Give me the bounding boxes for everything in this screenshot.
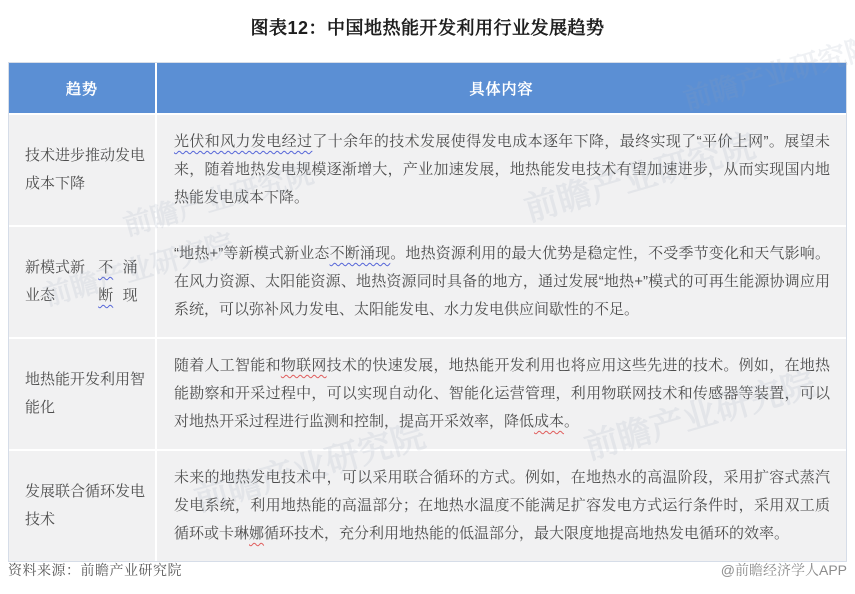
credit-note: @前瞻经济学人APP: [721, 560, 847, 580]
table-row: 地热能开发利用智能化 随着人工智能和物联网技术的快速发展，地热能开发利用也将应用…: [9, 339, 846, 449]
page-title: 图表12：中国地热能开发利用行业发展趋势: [0, 14, 855, 40]
footer: 资料来源：前瞻产业研究院 @前瞻经济学人APP: [8, 560, 847, 580]
trend-cell: 新模式新业态不断涌现: [9, 227, 155, 337]
trend-cell: 技术进步推动发电成本下降: [9, 115, 155, 225]
trend-cell: 发展联合循环发电技术: [9, 451, 155, 561]
header-cell-content: 具体内容: [157, 63, 846, 113]
table-row: 技术进步推动发电成本下降 光伏和风力发电经过了十余年的技术发展使得发电成本逐年下…: [9, 115, 846, 225]
content-cell: 随着人工智能和物联网技术的快速发展，地热能开发利用也将应用这些先进的技术。例如，…: [157, 339, 846, 449]
table-header-row: 趋势 具体内容: [9, 63, 846, 113]
header-cell-trend: 趋势: [9, 63, 155, 113]
content-cell: 未来的地热发电技术中，可以采用联合循环的方式。例如，在地热水的高温阶段，采用扩容…: [157, 451, 846, 561]
trend-cell: 地热能开发利用智能化: [9, 339, 155, 449]
content-cell: “地热+”等新模式新业态不断涌现。地热资源利用的最大优势是稳定性，不受季节变化和…: [157, 227, 846, 337]
table-row: 新模式新业态不断涌现 “地热+”等新模式新业态不断涌现。地热资源利用的最大优势是…: [9, 227, 846, 337]
table-row: 发展联合循环发电技术 未来的地热发电技术中，可以采用联合循环的方式。例如，在地热…: [9, 451, 846, 561]
content-cell: 光伏和风力发电经过了十余年的技术发展使得发电成本逐年下降，最终实现了“平价上网”…: [157, 115, 846, 225]
source-note: 资料来源：前瞻产业研究院: [8, 560, 182, 580]
trends-table: 趋势 具体内容 技术进步推动发电成本下降 光伏和风力发电经过了十余年的技术发展使…: [8, 62, 847, 562]
